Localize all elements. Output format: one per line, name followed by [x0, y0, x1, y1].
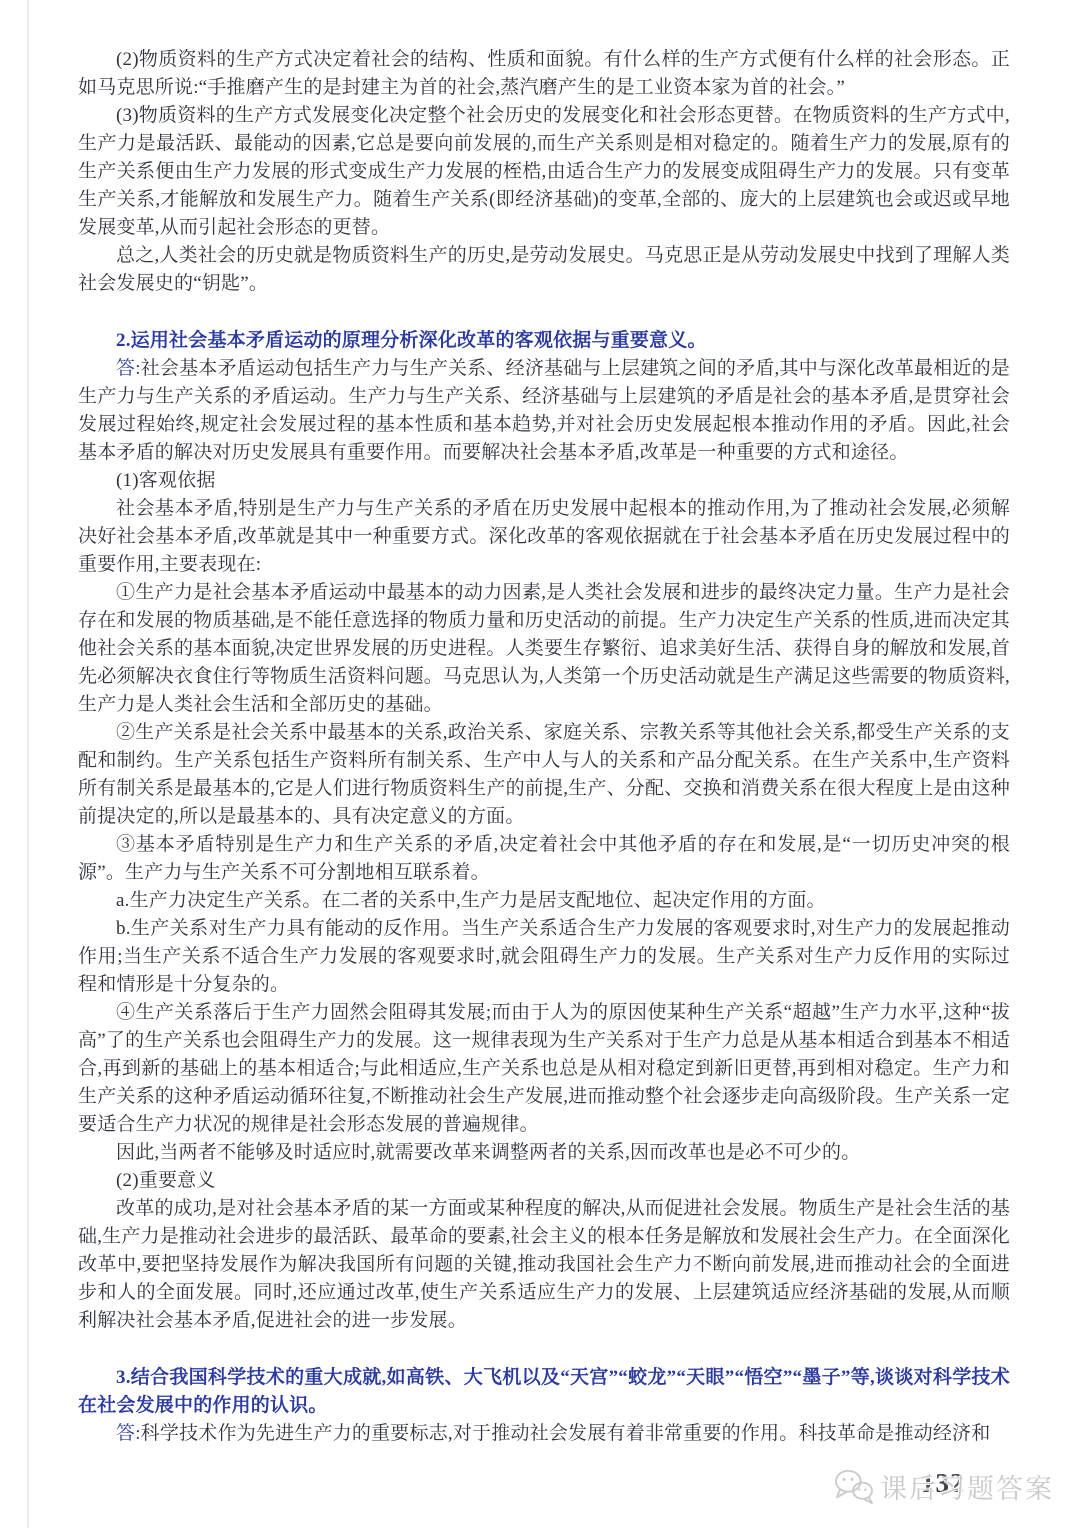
- paragraph: ②生产关系是社会关系中最基本的关系,政治关系、家庭关系、宗教关系等其他社会关系,…: [78, 719, 1010, 831]
- left-margin-line: [27, 0, 29, 1528]
- question-title-3: 3.结合我国科学技术的重大成就,如高铁、大飞机以及“天宫”“蛟龙”“天眼”“悟空…: [78, 1364, 1010, 1420]
- paragraph: (3)物质资料的生产方式发展变化决定整个社会历史的发展变化和社会形态更替。在物质…: [78, 102, 1010, 242]
- paragraph: b.生产关系对生产力具有能动的反作用。当生产关系适合生产力发展的客观要求时,对生…: [78, 915, 1010, 999]
- paragraph: (1)客观依据: [78, 467, 1010, 495]
- answer-label: 答:: [116, 358, 141, 379]
- paragraph: ④生产关系落后于生产力固然会阻碍其发展;而由于人为的原因使某种生产关系“超越”生…: [78, 999, 1010, 1139]
- watermark: 课后习题答案: [833, 1467, 1054, 1506]
- document-page: (2)物质资料的生产方式决定着社会的结构、性质和面貌。有什么样的生产方式便有什么…: [0, 0, 1080, 1528]
- watermark-text: 课后习题答案: [880, 1467, 1054, 1506]
- paragraph: 改革的成功,是对社会基本矛盾的某一方面或某种程度的解决,从而促进社会发展。物质生…: [78, 1195, 1010, 1335]
- question-title-2: 2.运用社会基本矛盾运动的原理分析深化改革的客观依据与重要意义。: [78, 327, 1010, 355]
- paragraph: ③基本矛盾特别是生产力和生产关系的矛盾,决定着社会中其他矛盾的存在和发展,是“一…: [78, 831, 1010, 887]
- footer: 132 课后习题答案: [833, 1466, 1054, 1506]
- answer-label: 答:: [116, 1423, 141, 1444]
- paragraph: ①生产力是社会基本矛盾运动中最基本的动力因素,是人类社会发展和进步的最终决定力量…: [78, 579, 1010, 719]
- paragraph: (2)物质资料的生产方式决定着社会的结构、性质和面貌。有什么样的生产方式便有什么…: [78, 46, 1010, 102]
- document-content: (2)物质资料的生产方式决定着社会的结构、性质和面貌。有什么样的生产方式便有什么…: [78, 46, 1010, 1448]
- paragraph: (2)重要意义: [78, 1167, 1010, 1195]
- paragraph: 总之,人类社会的历史就是物质资料生产的历史,是劳动发展史。马克思正是从劳动发展史…: [78, 242, 1010, 298]
- paragraph: 社会基本矛盾,特别是生产力与生产关系的矛盾在历史发展中起根本的推动作用,为了推动…: [78, 495, 1010, 579]
- answer-paragraph: 答:社会基本矛盾运动包括生产力与生产关系、经济基础与上层建筑之间的矛盾,其中与深…: [78, 355, 1010, 467]
- paragraph: 因此,当两者不能够及时适应时,就需要改革来调整两者的关系,因而改革也是必不可少的…: [78, 1139, 1010, 1167]
- answer-text: 社会基本矛盾运动包括生产力与生产关系、经济基础与上层建筑之间的矛盾,其中与深化改…: [78, 358, 1010, 463]
- answer-text: 科学技术作为先进生产力的重要标志,对于推动社会发展有着非常重要的作用。科技革命是…: [141, 1423, 991, 1444]
- paragraph: a.生产力决定生产关系。在二者的关系中,生产力是居支配地位、起决定作用的方面。: [78, 887, 1010, 915]
- wechat-icon: [833, 1468, 875, 1504]
- answer-paragraph: 答:科学技术作为先进生产力的重要标志,对于推动社会发展有着非常重要的作用。科技革…: [78, 1420, 1010, 1448]
